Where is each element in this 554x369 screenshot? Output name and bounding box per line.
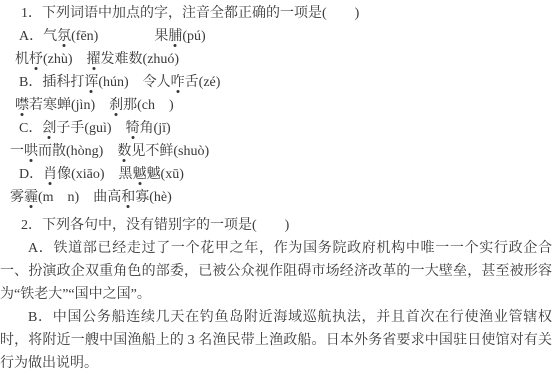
emphasized-char: 脯 xyxy=(168,29,182,44)
text-segment: (fēn) 果 xyxy=(71,29,168,44)
text-segment: 1．下列词语中加点的字，注音全都正确的一项是( ) xyxy=(21,6,359,21)
question-1-option-d-line2: 雾霾(m n) 曲高和寡(hè) xyxy=(0,186,554,209)
exam-document: 1．下列词语中加点的字，注音全都正确的一项是( ) A．气氛(fēn) 果脯(p… xyxy=(0,0,554,369)
question-2-stem: 2．下列各句中，没有错别字的一项是( ) xyxy=(0,214,554,237)
question-1-option-a-line1: A．气氛(fēn) 果脯(pú) xyxy=(0,25,554,48)
emphasized-char: 氛 xyxy=(57,29,71,44)
emphasized-char: 诨 xyxy=(84,75,98,90)
emphasized-char: 咋 xyxy=(171,75,185,90)
text-segment: 那(ch ) xyxy=(123,98,174,113)
text-segment: (pú) xyxy=(182,29,205,44)
text-segment: 若寒蝉(jìn) xyxy=(29,98,109,113)
text-segment: 子手(guì) xyxy=(56,121,125,136)
question-2-option-a: A．铁道部已经走过了一个花甲之年，作为国务院政府机构中唯一一个实行政企合一、扮演… xyxy=(0,237,554,306)
text-segment: 见不鲜(shuò) xyxy=(131,144,209,159)
text-segment: 舌(zé) xyxy=(185,75,221,90)
text-segment: B．中国公务船连续几天在钓鱼岛附近海域巡航执法，并且首次在行使渔业管辖权时，将附… xyxy=(0,310,552,369)
text-segment: 像(xiāo) 黑 xyxy=(57,167,132,182)
emphasized-char: 刽 xyxy=(42,121,56,136)
emphasized-char: 杼 xyxy=(29,52,43,67)
question-1-option-d-line1: D．肖像(xiāo) 黑魆魆(xū) xyxy=(0,163,554,186)
emphasized-char: 噤 xyxy=(15,98,29,113)
text-segment: (zhù) xyxy=(43,52,87,67)
question-2-option-b: B．中国公务船连续几天在钓鱼岛附近海域巡航执法，并且首次在行使渔业管辖权时，将附… xyxy=(0,306,554,369)
text-segment: 魆(xū) xyxy=(147,167,184,182)
emphasized-char: 刹 xyxy=(109,98,123,113)
text-segment: 机 xyxy=(15,52,29,67)
emphasized-char: 魆 xyxy=(133,167,147,182)
question-1-option-b-line2: 噤若寒蝉(jìn) 刹那(ch ) xyxy=(0,94,554,117)
text-segment: D． xyxy=(19,167,43,182)
emphasized-char: 擢 xyxy=(87,52,101,67)
text-segment: (m n) 曲高 xyxy=(38,190,121,205)
emphasized-char: 哄 xyxy=(24,144,38,159)
question-1-option-c-line2: 一哄而散(hòng) 数见不鲜(shuò) xyxy=(0,140,554,163)
text-segment: 发难数(zhuó) xyxy=(101,52,180,67)
emphasized-char: 犄 xyxy=(126,121,140,136)
question-1-stem: 1．下列词语中加点的字，注音全都正确的一项是( ) xyxy=(0,2,554,25)
question-1-option-a-line2: 机杼(zhù) 擢发难数(zhuó) xyxy=(0,48,554,71)
text-segment: B．插科打 xyxy=(19,75,84,90)
emphasized-char: 肖 xyxy=(43,167,57,182)
text-segment: 角(jī) xyxy=(140,121,171,136)
text-segment: (hún) 令人 xyxy=(98,75,170,90)
text-segment: 一 xyxy=(10,144,24,159)
text-segment: A．铁道部已经走过了一个花甲之年，作为国务院政府机构中唯一一个实行政企合一、扮演… xyxy=(0,241,552,302)
text-segment: A．气 xyxy=(19,29,57,44)
text-segment: 2．下列各句中，没有错别字的一项是( ) xyxy=(21,218,289,233)
question-1-option-b-line1: B．插科打诨(hún) 令人咋舌(zé) xyxy=(0,71,554,94)
emphasized-char: 和 xyxy=(121,190,135,205)
text-segment: C． xyxy=(19,121,42,136)
emphasized-char: 霾 xyxy=(24,190,38,205)
emphasized-char: 数 xyxy=(117,144,131,159)
text-segment: 而散(hòng) xyxy=(38,144,117,159)
text-segment: 寡(hè) xyxy=(135,190,172,205)
question-1-option-c-line1: C．刽子手(guì) 犄角(jī) xyxy=(0,117,554,140)
text-segment: 雾 xyxy=(10,190,24,205)
